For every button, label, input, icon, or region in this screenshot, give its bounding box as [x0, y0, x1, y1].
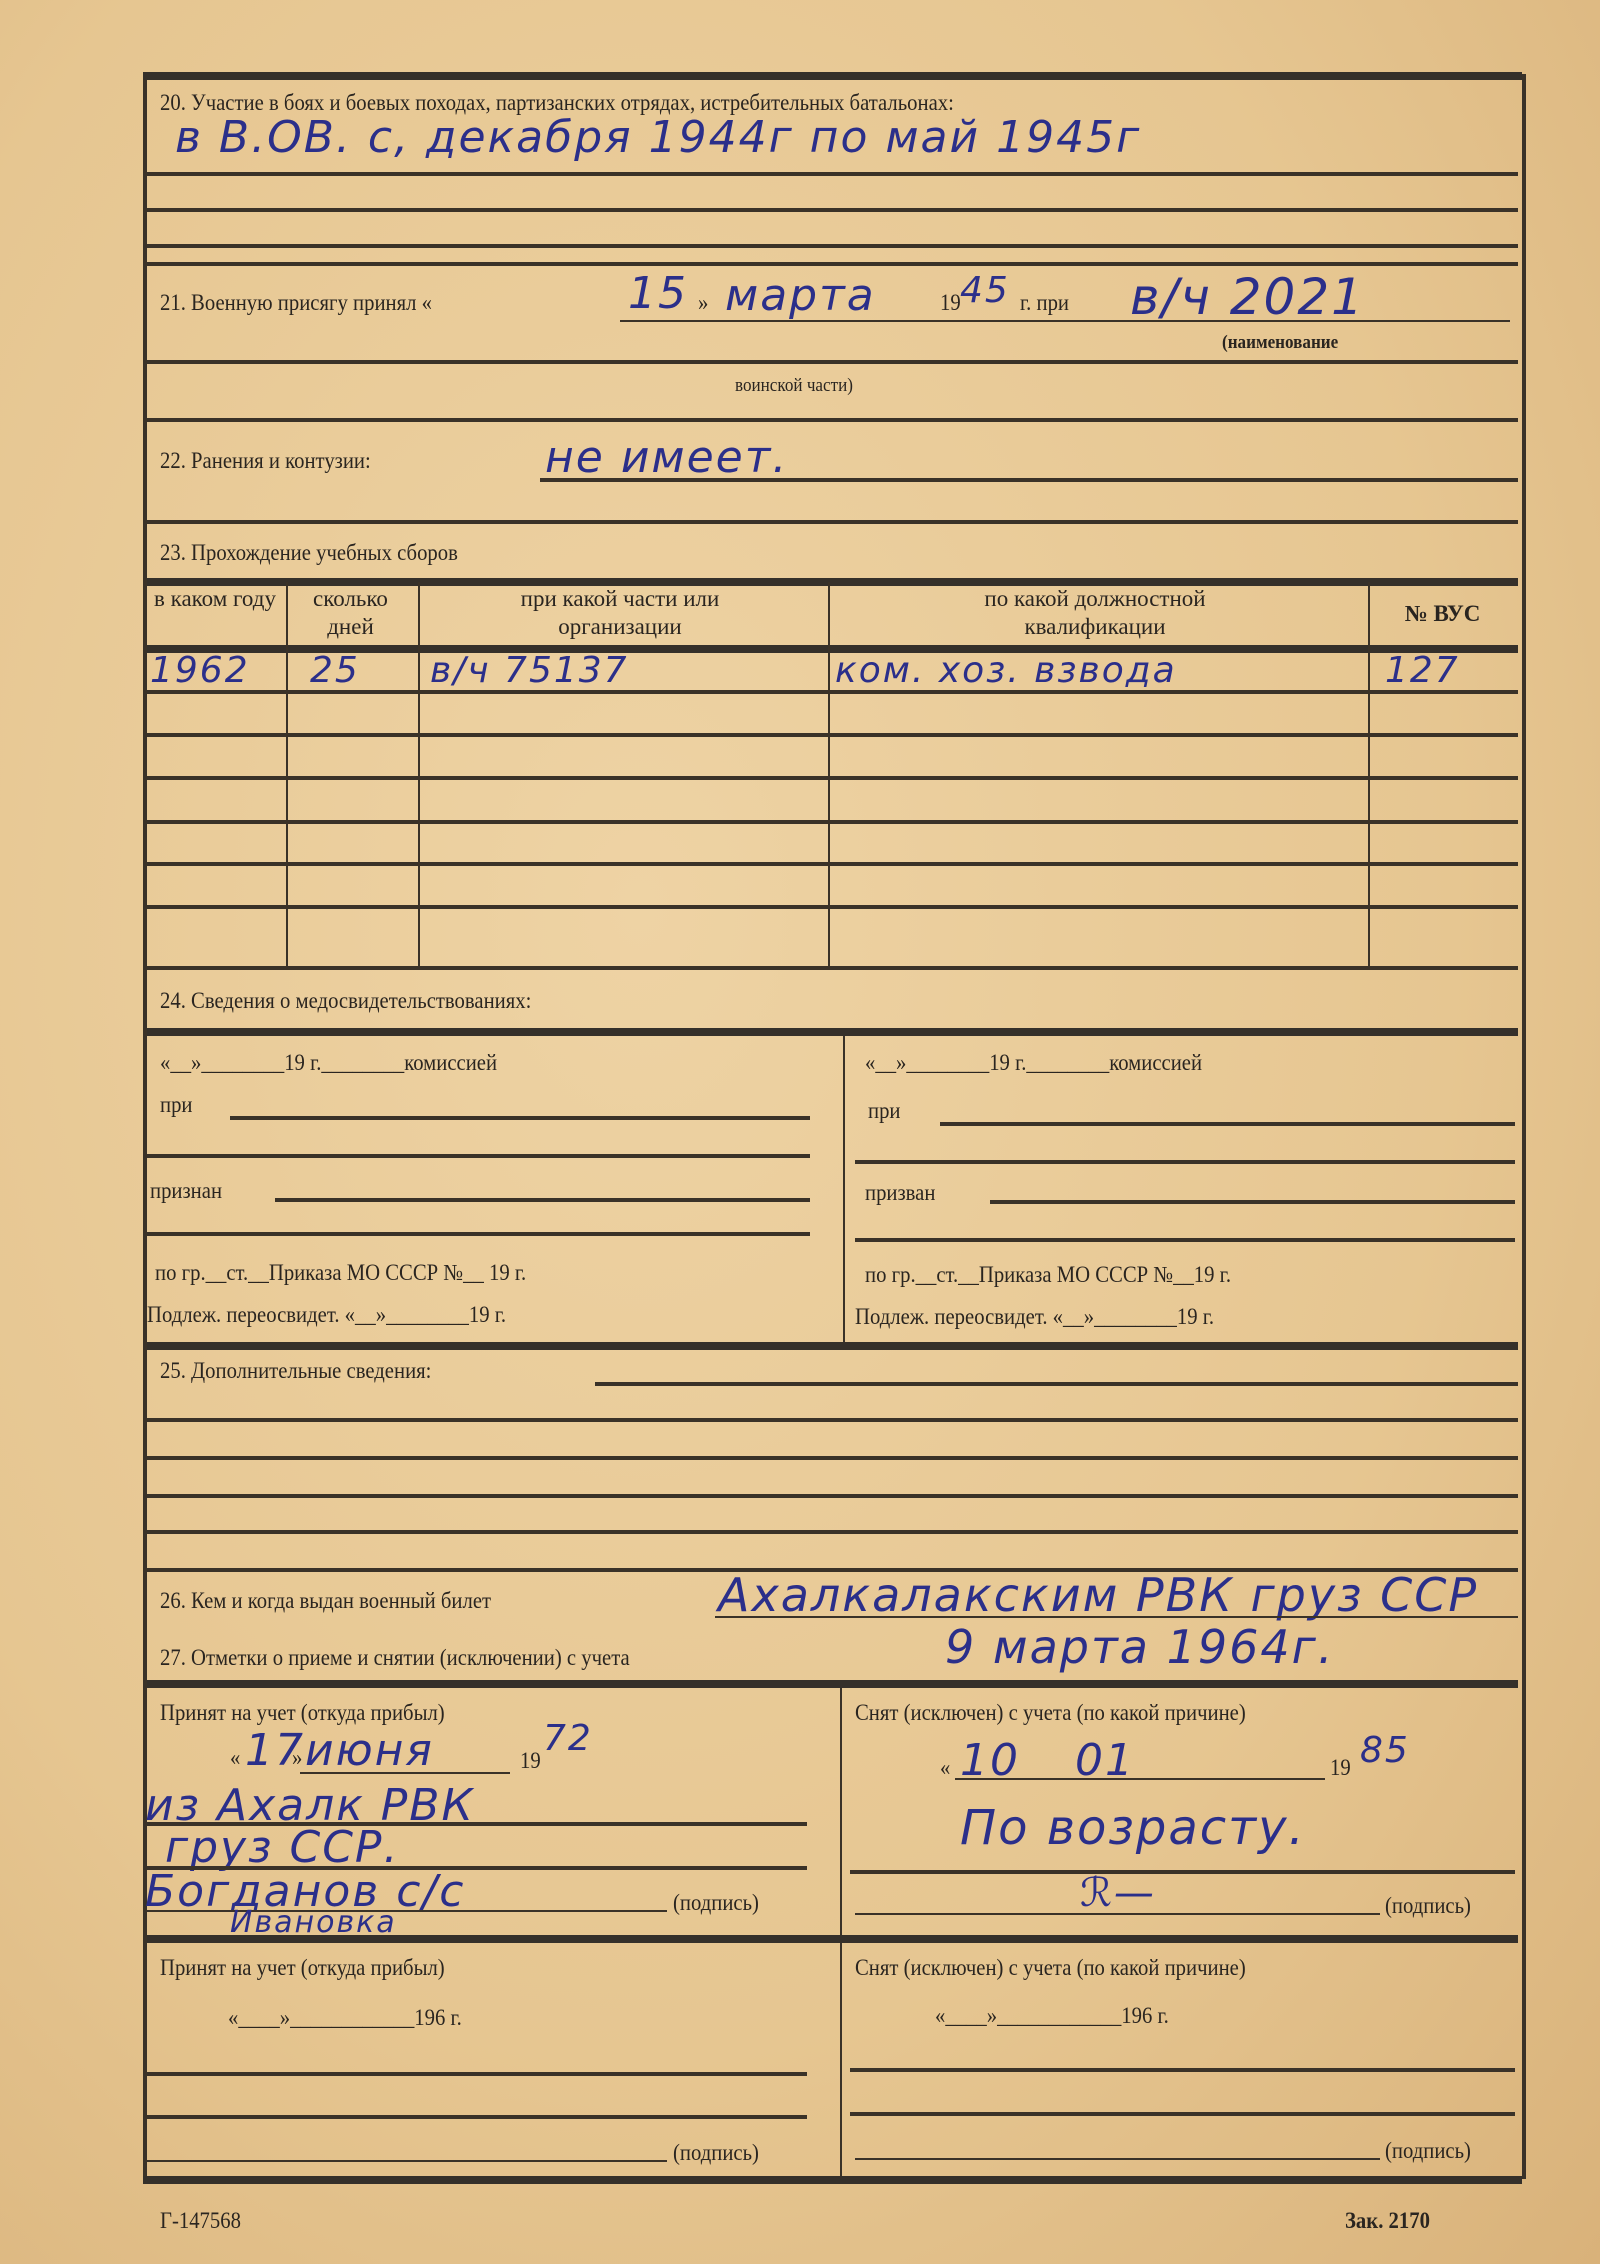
- oath-year: 45: [960, 270, 1010, 311]
- registered-year-prefix: 19: [520, 1748, 541, 1774]
- section-22-label: 22. Ранения и контузии:: [160, 448, 371, 474]
- quote-open: «: [940, 1755, 950, 1781]
- fill-line: [147, 1232, 810, 1236]
- fill-line: [147, 2115, 807, 2119]
- divider: [147, 966, 1518, 970]
- fill-line: [275, 1198, 810, 1202]
- column-divider: [418, 582, 420, 967]
- column-divider: [1368, 582, 1370, 967]
- fill-line: [230, 1116, 810, 1120]
- oath-day: 15: [628, 268, 688, 319]
- divider: [147, 172, 1518, 176]
- deregistered-year: 85: [1360, 1730, 1410, 1771]
- quote-open: «: [230, 1745, 240, 1771]
- divider: [620, 320, 1510, 322]
- row-line: [147, 733, 1518, 737]
- quote-close: »: [292, 1745, 302, 1771]
- cell-qualification: ком. хоз. взвода: [835, 650, 1177, 691]
- section-22-value: не имеет.: [545, 432, 788, 483]
- registered-2-date: «____»____________196 г.: [228, 2005, 462, 2031]
- divider: [147, 208, 1518, 212]
- fill-line: [147, 1530, 1518, 1534]
- oath-g-pri: г. при: [1020, 290, 1069, 316]
- form-serial: Г-147568: [160, 2208, 241, 2234]
- divider: [147, 262, 1518, 266]
- signature-line: [855, 2158, 1380, 2160]
- deregistered-reason: По возрасту.: [960, 1800, 1306, 1856]
- deregistered-signature: ℛ—: [1080, 1870, 1156, 1916]
- fill-line: [595, 1382, 1518, 1386]
- cell-days: 25: [310, 650, 360, 691]
- med-left-recheck: Подлеж. переосвидет. «__»________19 г.: [147, 1302, 506, 1328]
- med-left-order: по гр.__ст.__Приказа МО СССР №__ 19 г.: [155, 1260, 526, 1286]
- med-right-date: «__»________19 г.________комиссией: [865, 1050, 1202, 1076]
- fill-line: [940, 1122, 1515, 1126]
- fill-line: [147, 1418, 1518, 1422]
- med-left-date: «__»________19 г.________комиссией: [160, 1050, 497, 1076]
- deregistered-2-date: «____»____________196 г.: [935, 2003, 1169, 2029]
- med-right-recheck: Подлеж. переосвидет. «__»________19 г.: [855, 1304, 1214, 1330]
- divider: [540, 478, 1518, 482]
- signature-line: [147, 2160, 667, 2162]
- row-line: [147, 776, 1518, 780]
- column-header-unit: при какой части или организации: [420, 585, 820, 641]
- fill-line: [855, 1238, 1515, 1242]
- fill-line: [955, 1778, 1325, 1780]
- divider: [143, 72, 1522, 80]
- fill-line: [990, 1200, 1515, 1204]
- cell-vus: 127: [1385, 650, 1460, 691]
- fill-line: [855, 1160, 1515, 1164]
- section-24-label: 24. Сведения о медосвидетельствованиях:: [160, 988, 531, 1014]
- divider: [147, 360, 1518, 364]
- oath-note-2: воинской части): [735, 375, 853, 397]
- fill-line: [850, 2112, 1515, 2116]
- fill-line: [300, 1772, 510, 1774]
- oath-unit: в/ч 2021: [1130, 268, 1365, 326]
- deregistered-title: Снят (исключен) с учета (по какой причин…: [855, 1700, 1246, 1726]
- column-divider: [840, 1688, 842, 2178]
- divider: [147, 1028, 1518, 1036]
- med-right-order: по гр.__ст.__Приказа МО СССР №__19 г.: [865, 1262, 1231, 1288]
- column-divider: [843, 1036, 845, 1346]
- fill-line: [850, 2068, 1515, 2072]
- signature-line: [855, 1913, 1380, 1915]
- fill-line: [147, 2072, 807, 2076]
- registered-2-title: Принят на учет (откуда прибыл): [160, 1955, 445, 1981]
- row-line: [147, 905, 1518, 909]
- row-line: [147, 862, 1518, 866]
- registered-month: июня: [305, 1725, 434, 1776]
- fill-line: [147, 1154, 810, 1158]
- oath-year-prefix: 19: [940, 290, 961, 316]
- section-26-value: Ахалкалакским РВК груз ССР: [718, 1568, 1478, 1622]
- fill-line: [147, 1494, 1518, 1498]
- section-27-date: 9 марта 1964г.: [945, 1620, 1334, 1674]
- row-line: [147, 820, 1518, 824]
- column-header-year: в каком году: [150, 585, 280, 613]
- quote-close: »: [698, 290, 708, 316]
- column-header-vus: № ВУС: [1370, 600, 1515, 628]
- column-divider: [828, 582, 830, 967]
- signature-label: (подпись): [673, 2140, 759, 2166]
- column-header-qualification: по какой должностной квалификации: [830, 585, 1360, 641]
- section-20-value: в В.ОВ. с, декабря 1944г по май 1945г: [175, 112, 1141, 163]
- divider: [147, 520, 1518, 524]
- divider: [147, 418, 1518, 422]
- section-26-label: 26. Кем и когда выдан военный билет: [160, 1588, 491, 1614]
- med-left-pri: при: [160, 1092, 193, 1118]
- section-23-label: 23. Прохождение учебных сборов: [160, 540, 458, 566]
- section-27-label: 27. Отметки о приеме и снятии (исключени…: [160, 1645, 630, 1671]
- row-line: [147, 690, 1518, 694]
- section-21-label: 21. Военную присягу принял «: [160, 290, 432, 316]
- cell-year: 1962: [150, 650, 250, 691]
- deregistered-2-title: Снят (исключен) с учета (по какой причин…: [855, 1955, 1246, 1981]
- fill-line: [715, 1616, 1518, 1618]
- signature-label: (подпись): [673, 1890, 759, 1916]
- fill-line: [147, 1456, 1518, 1460]
- section-25-label: 25. Дополнительные сведения:: [160, 1358, 431, 1384]
- signature-label: (подпись): [1385, 1893, 1471, 1919]
- cell-unit: в/ч 75137: [430, 650, 629, 691]
- signature-line: [147, 1910, 667, 1912]
- divider: [147, 1680, 1518, 1688]
- column-divider: [286, 582, 288, 967]
- signature-label: (подпись): [1385, 2138, 1471, 2164]
- med-right-pri: при: [868, 1098, 901, 1124]
- divider: [147, 1935, 1518, 1943]
- fill-line: [850, 1870, 1515, 1874]
- med-left-priznan: признан: [150, 1178, 222, 1204]
- column-header-days: сколько дней: [288, 585, 413, 641]
- bottom-border: [143, 2176, 1522, 2184]
- print-order: Зак. 2170: [1345, 2208, 1430, 2234]
- oath-month: марта: [725, 270, 876, 321]
- med-right-prizvan: призван: [865, 1180, 935, 1206]
- oath-note-1: (наименование: [1222, 332, 1338, 354]
- divider: [147, 244, 1518, 248]
- divider: [147, 1342, 1518, 1350]
- deregistered-year-prefix: 19: [1330, 1755, 1351, 1781]
- registered-year: 72: [543, 1718, 593, 1759]
- registered-title: Принят на учет (откуда прибыл): [160, 1700, 445, 1726]
